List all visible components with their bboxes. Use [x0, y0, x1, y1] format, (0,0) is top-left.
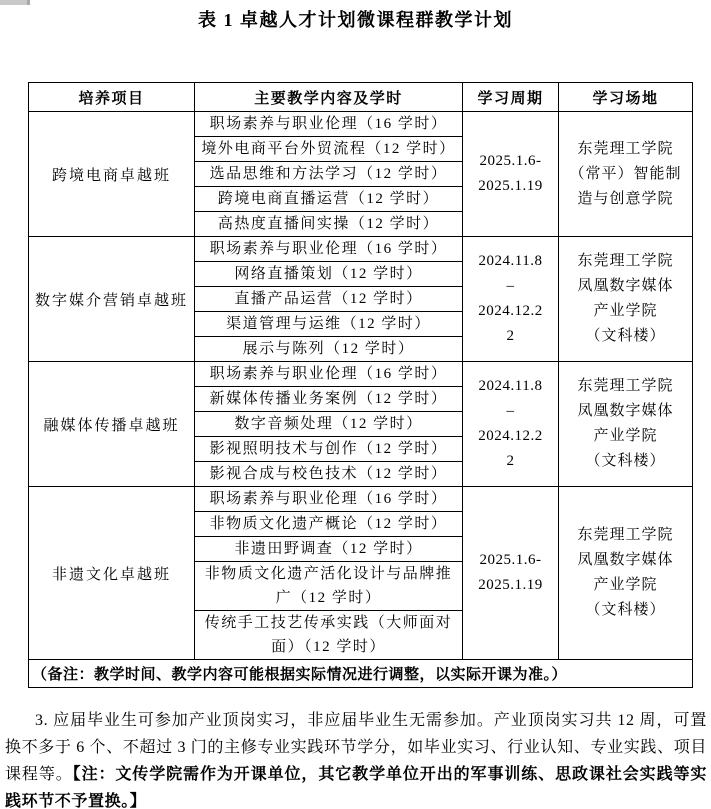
location-line: （常平）智能制 [561, 162, 690, 187]
footer-paragraph: 3. 应届毕业生可参加产业顶岗实习，非应届毕业生无需参加。产业顶岗实习共 12 … [5, 707, 707, 809]
period-line: 2 [465, 324, 556, 349]
program-cell: 融媒体传播卓越班 [29, 362, 195, 487]
course-cell: 影视照明技术与创作（12 学时） [195, 437, 463, 462]
note-text: （备注：教学时间、教学内容可能根据实际情况进行调整，以实际开课为准。） [29, 660, 693, 688]
course-cell: 非遗田野调查（12 学时） [195, 537, 463, 562]
course-cell: 选品思维和方法学习（12 学时） [195, 162, 463, 187]
program-cell: 数字媒介营销卓越班 [29, 237, 195, 362]
course-cell: 渠道管理与运维（12 学时） [195, 312, 463, 337]
location-line: 产业学院 [561, 299, 690, 324]
course-cell: 职场素养与职业伦理（16 学时） [195, 362, 463, 387]
location-cell: 东莞理工学院 凤凰数字媒体 产业学院 （文科楼） [559, 487, 693, 660]
course-cell: 非物质文化遗产概论（12 学时） [195, 512, 463, 537]
course-cell: 职场素养与职业伦理（16 学时） [195, 237, 463, 262]
course-cell: 新媒体传播业务案例（12 学时） [195, 387, 463, 412]
period-line: 2025.1.19 [465, 174, 556, 199]
period-cell: 2024.11.8 – 2024.12.2 2 [463, 237, 559, 362]
period-line: 2024.11.8 [465, 249, 556, 274]
location-line: 东莞理工学院 [561, 523, 690, 548]
table-row: 非遗文化卓越班 职场素养与职业伦理（16 学时） 2025.1.6- 2025.… [29, 487, 693, 512]
course-cell: 职场素养与职业伦理（16 学时） [195, 112, 463, 137]
course-cell: 高热度直播间实操（12 学时） [195, 212, 463, 237]
col-header-period: 学习周期 [463, 83, 559, 112]
course-cell: 非物质文化遗产活化设计与品牌推广（12 学时） [195, 562, 463, 611]
period-line: 2025.1.6- [465, 149, 556, 174]
location-line: 造与创意学院 [561, 187, 690, 212]
location-line: 东莞理工学院 [561, 249, 690, 274]
program-cell: 跨境电商卓越班 [29, 112, 195, 237]
col-header-program: 培养项目 [29, 83, 195, 112]
note-row: （备注：教学时间、教学内容可能根据实际情况进行调整，以实际开课为准。） [29, 660, 693, 688]
location-line: 产业学院 [561, 424, 690, 449]
period-line: 2024.12.2 [465, 424, 556, 449]
course-cell: 跨境电商直播运营（12 学时） [195, 187, 463, 212]
table-row: 数字媒介营销卓越班 职场素养与职业伦理（16 学时） 2024.11.8 – 2… [29, 237, 693, 262]
period-line: 2025.1.6- [465, 548, 556, 573]
program-cell: 非遗文化卓越班 [29, 487, 195, 660]
course-cell: 数字音频处理（12 学时） [195, 412, 463, 437]
location-line: 东莞理工学院 [561, 137, 690, 162]
course-cell: 职场素养与职业伦理（16 学时） [195, 487, 463, 512]
teaching-plan-table: 培养项目 主要教学内容及学时 学习周期 学习场地 跨境电商卓越班 职场素养与职业… [28, 82, 693, 688]
location-line: 东莞理工学院 [561, 374, 690, 399]
location-line: 凤凰数字媒体 [561, 274, 690, 299]
scan-artifact [0, 0, 30, 5]
location-line: （文科楼） [561, 324, 690, 349]
table-row: 融媒体传播卓越班 职场素养与职业伦理（16 学时） 2024.11.8 – 20… [29, 362, 693, 387]
period-cell: 2024.11.8 – 2024.12.2 2 [463, 362, 559, 487]
course-cell: 网络直播策划（12 学时） [195, 262, 463, 287]
period-line: – [465, 399, 556, 424]
period-line: 2024.11.8 [465, 374, 556, 399]
period-line: – [465, 274, 556, 299]
period-line: 2025.1.19 [465, 573, 556, 598]
col-header-location: 学习场地 [559, 83, 693, 112]
col-header-content: 主要教学内容及学时 [195, 83, 463, 112]
table-row: 跨境电商卓越班 职场素养与职业伦理（16 学时） 2025.1.6- 2025.… [29, 112, 693, 137]
course-cell: 影视合成与校色技术（12 学时） [195, 462, 463, 487]
location-cell: 东莞理工学院 凤凰数字媒体 产业学院 （文科楼） [559, 362, 693, 487]
paragraph-note-bold: 【注：文传学院需作为开课单位，其它教学单位开出的军事训练、思政课社会实践等实践环… [5, 766, 707, 809]
course-cell: 境外电商平台外贸流程（12 学时） [195, 137, 463, 162]
course-cell: 传统手工技艺传承实践（大师面对面）（12 学时） [195, 611, 463, 660]
location-line: （文科楼） [561, 598, 690, 623]
course-cell: 直播产品运营（12 学时） [195, 287, 463, 312]
location-line: 凤凰数字媒体 [561, 399, 690, 424]
period-line: 2024.12.2 [465, 299, 556, 324]
location-line: 凤凰数字媒体 [561, 548, 690, 573]
location-line: （文科楼） [561, 449, 690, 474]
period-cell: 2025.1.6- 2025.1.19 [463, 487, 559, 660]
table-title: 表 1 卓越人才计划微课程群教学计划 [0, 6, 711, 32]
header-row: 培养项目 主要教学内容及学时 学习周期 学习场地 [29, 83, 693, 112]
location-cell: 东莞理工学院 （常平）智能制 造与创意学院 [559, 112, 693, 237]
period-line: 2 [465, 449, 556, 474]
period-cell: 2025.1.6- 2025.1.19 [463, 112, 559, 237]
location-cell: 东莞理工学院 凤凰数字媒体 产业学院 （文科楼） [559, 237, 693, 362]
course-cell: 展示与陈列（12 学时） [195, 337, 463, 362]
location-line: 产业学院 [561, 573, 690, 598]
